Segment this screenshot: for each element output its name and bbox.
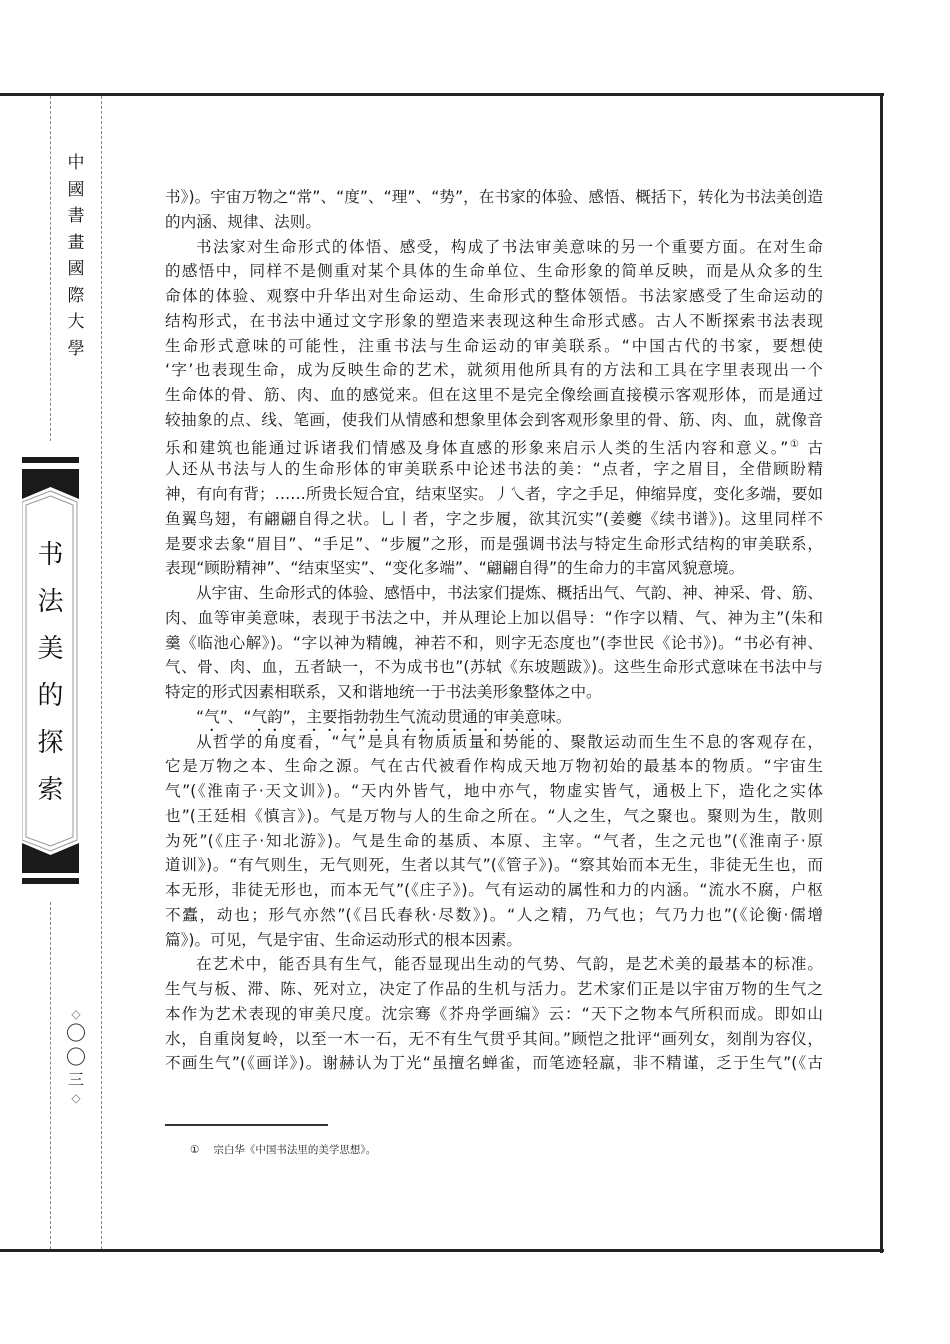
text-line: 也”(王廷相《慎言》)。气是万物与人的生命之所在。“人之生，气之聚也。聚则为生，… bbox=[165, 804, 823, 829]
school-name-char: 中 bbox=[62, 150, 90, 177]
book-title-char: 的 bbox=[22, 673, 79, 720]
body-text: 书》)。宇宙万物之“常”、“度”、“理”、“势”，在书家的体验、感悟、概括下，转… bbox=[165, 185, 823, 1076]
text-line: 的内涵、规律、法则。 bbox=[165, 210, 823, 235]
diamond-ornament-icon: ◇ bbox=[64, 1091, 88, 1105]
school-name-char: 大 bbox=[62, 309, 90, 336]
paragraph-start-line: 书法家对生命形式的体悟、感受，构成了书法审美意味的另一个重要方面。在对生命 bbox=[165, 235, 823, 260]
text-segment: 乐和建筑也能通过诉诸我们情感及身体直感的形象来启示人类的生活内容和意义。” bbox=[165, 439, 788, 457]
spine-left-rule-top bbox=[50, 96, 51, 441]
book-title-char: 书 bbox=[22, 532, 79, 579]
text-line: 生气与板、滞、陈、死对立，决定了作品的生机与活力。艺术家们正是以宇宙万物的生气之 bbox=[165, 977, 823, 1002]
footnote-text: 宗白华《中国书法里的美学思想》。 bbox=[213, 1144, 376, 1156]
text-line-with-footnote: 乐和建筑也能通过诉诸我们情感及身体直感的形象来启示人类的生活内容和意义。”① 古 bbox=[165, 433, 823, 458]
text-line: 本无形，非徒无形也，而本无气”(《庄子》)。气有运动的属性和力的内涵。“流水不腐… bbox=[165, 878, 823, 903]
page-number: ◇ 〇 〇 三 ◇ bbox=[64, 1007, 88, 1105]
footnote: ①宗白华《中国书法里的美学思想》。 bbox=[190, 1142, 376, 1157]
emphasized-text: 气 bbox=[204, 708, 220, 726]
text-line: 为死”(《庄子·知北游》)。气是生命的基质、本原、主宰。“气者，生之元也”(《淮… bbox=[165, 829, 823, 854]
paragraph-start-line: 从哲学的角度看，“气”是具有物质质量和势能的、聚散运动而生生不息的客观存在， bbox=[165, 730, 823, 755]
text-line: 特定的形式因素相联系，又和谐地统一于书法美形象整体之中。 bbox=[165, 680, 823, 705]
emphasized-text: 主要指勃勃生气流动贯通的审美意味 bbox=[306, 708, 556, 726]
text-line: 鱼翼鸟翅，有翩翩自得之状。乚丨者，字之步履，欲其沉实”(姜夔《续书谱》)。这里同… bbox=[165, 507, 823, 532]
text-line: 人还从书法与人的生命形体的审美联系中论述书法的美：“点者，字之眉目，全借顾盼精 bbox=[165, 457, 823, 482]
text-line: 羹《临池心解》)。“字以神为精魄，神若不和，则字无态度也”(李世民《论书》)。“… bbox=[165, 631, 823, 656]
text-segment: ”， bbox=[283, 708, 307, 726]
text-line: 不画生气”(《画详》)。谢赫认为丁光“虽擅名蝉雀，而笔迹轻羸，非不精谨，乏于生气… bbox=[165, 1051, 823, 1076]
text-line: 结构形式，在书法中通过文字形象的塑造来表现这种生命形式感。古人不断探索书法表现 bbox=[165, 309, 823, 334]
text-line: 它是万物之本、生命之源。气在古代被看作构成天地万物初始的最基本的物质。“宇宙生 bbox=[165, 754, 823, 779]
text-line: 命体的体验、观察中升华出对生命运动、生命形式的整体领悟。书法家感受了生命运动的 bbox=[165, 284, 823, 309]
text-line: 本作为艺术表现的审美尺度。沈宗骞《芥舟学画编》云：“天下之物本气所积而成。即如山 bbox=[165, 1002, 823, 1027]
text-line: 不蠹，动也；形气亦然”(《吕氏春秋·尽数》)。“人之精，乃气也；气乃力也”(《论… bbox=[165, 903, 823, 928]
page-frame-right-border bbox=[880, 93, 883, 1253]
text-segment: 。 bbox=[556, 708, 572, 726]
text-segment: ”、“ bbox=[220, 708, 252, 726]
text-line: 篇》)。可见，气是宇宙、生命运动形式的根本因素。 bbox=[165, 928, 823, 953]
book-title-vertical: 书 法 美 的 探 索 bbox=[22, 532, 79, 814]
emphasized-thesis-line: “气”、“气韵”，主要指勃勃生气流动贯通的审美意味。 bbox=[165, 705, 823, 730]
school-name-char: 際 bbox=[62, 283, 90, 310]
text-line: 表现“顾盼精神”、“结束坚实”、“变化多端”、“翩翩自得”的生命力的丰富风貌意境… bbox=[165, 556, 823, 581]
school-name-char: 書 bbox=[62, 203, 90, 230]
diamond-ornament-icon: ◇ bbox=[64, 1007, 88, 1021]
text-line: 较抽象的点、线、笔画，使我们从情感和想象里体会到客观形象里的骨、筋、肉、血，就像… bbox=[165, 408, 823, 433]
text-line: 水，自重岗复岭，以至一木一石，无不有生气贯乎其间。”顾恺之批评“画列女，刻削为容… bbox=[165, 1027, 823, 1052]
page-number-digit: 〇 bbox=[64, 1045, 88, 1069]
school-name-char: 國 bbox=[62, 256, 90, 283]
school-name-char: 畫 bbox=[62, 230, 90, 257]
book-title-char: 美 bbox=[22, 626, 79, 673]
text-line: 生命体的骨、筋、肉、血的感觉来。但在这里不是完全像绘画直接模示客观形体，而是通过 bbox=[165, 383, 823, 408]
text-line: 道训》)。“有气则生，无气则死，生者以其气”(《管子》)。“察其始而本无生，非徒… bbox=[165, 853, 823, 878]
book-title-char: 索 bbox=[22, 767, 79, 814]
text-line: ‘字’也表现生命，成为反映生命的艺术，就须用他所具有的方法和工具在字里表现出一个 bbox=[165, 358, 823, 383]
text-line: 生命形式意味的可能性，注重书法与生命运动的审美联系。“中国古代的书家，要想使 bbox=[165, 334, 823, 359]
text-line: 的感悟中，同样不是侧重对某个具体的生命单位、生命形象的简单反映，而是从众多的生 bbox=[165, 259, 823, 284]
text-line: 气”(《淮南子·天文训》)。“天内外皆气，地中亦气，物虚实皆气，通极上下，造化之… bbox=[165, 779, 823, 804]
emphasized-text: 气韵 bbox=[251, 708, 282, 726]
text-segment: 古 bbox=[801, 439, 823, 457]
page-number-digit: 三 bbox=[64, 1069, 88, 1091]
banner-bottom-bar bbox=[22, 878, 79, 884]
school-name-vertical: 中 國 書 畫 國 際 大 學 bbox=[62, 150, 90, 362]
page-frame-top-border bbox=[0, 93, 884, 96]
school-name-char: 學 bbox=[62, 336, 90, 363]
footnote-mark: ① bbox=[190, 1144, 199, 1156]
spine-right-rule bbox=[101, 96, 102, 1249]
footnote-divider bbox=[165, 1124, 328, 1126]
book-title-char: 探 bbox=[22, 720, 79, 767]
text-line: 是要求去象“眉目”、“手足”、“步履”之形，而是强调书法与特定生命形式结构的审美… bbox=[165, 532, 823, 557]
paragraph-start-line: 从宇宙、生命形式的体验、感悟中，书法家们提炼、概括出气、气韵、神、神采、骨、筋、 bbox=[165, 581, 823, 606]
page-number-digit: 〇 bbox=[64, 1021, 88, 1045]
text-line: 神，有向有背；……所贵长短合宜，结束坚实。丿乀者，字之手足，伸缩异度，变化多端，… bbox=[165, 482, 823, 507]
spine-left-rule-bottom bbox=[50, 902, 51, 1249]
book-title-char: 法 bbox=[22, 579, 79, 626]
text-segment: “ bbox=[196, 708, 204, 726]
footnote-reference: ① bbox=[788, 439, 800, 450]
paragraph-start-line: 在艺术中，能否具有生气，能否显现出生动的气势、气韵，是艺术美的最基本的标准。 bbox=[165, 952, 823, 977]
text-line: 肉、血等审美意味，表现于书法之中，并从理论上加以倡导：“作字以精、气、神为主”(… bbox=[165, 606, 823, 631]
page-frame-bottom-border bbox=[0, 1249, 884, 1252]
school-name-char: 國 bbox=[62, 177, 90, 204]
text-line: 气、骨、肉、血，五者缺一，不为成书也”(苏轼《东坡题跋》)。这些生命形式意味在书… bbox=[165, 655, 823, 680]
text-line: 书》)。宇宙万物之“常”、“度”、“理”、“势”，在书家的体验、感悟、概括下，转… bbox=[165, 185, 823, 210]
